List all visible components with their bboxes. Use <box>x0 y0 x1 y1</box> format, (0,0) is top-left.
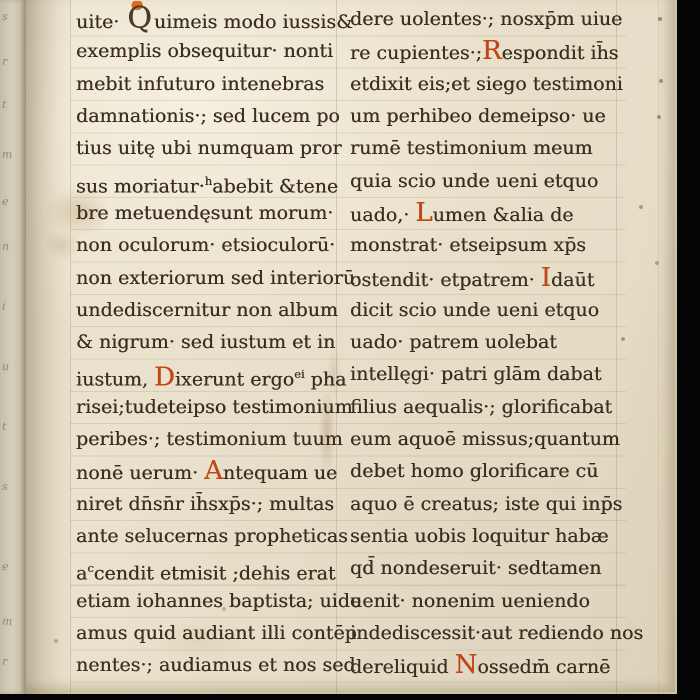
script-text: rumē testimonium meum <box>350 137 593 159</box>
text-line: re cupientes·;Respondit ih̄s <box>350 35 643 67</box>
script-text: eum aquoē missus;quantum <box>350 428 620 450</box>
script-text: non oculorum· etsioculorū· <box>76 234 335 256</box>
script-text: uado,· <box>350 204 415 226</box>
script-text: ostendit· etpatrem· <box>350 269 541 291</box>
script-text: & nigrum· sed iustum et in <box>76 331 335 353</box>
text-line: monstrat· etseipsum xp̄s <box>350 229 643 261</box>
text-line: quia scio unde ueni etquo <box>350 165 643 197</box>
text-line: sus moriatur·habebit &tene <box>76 165 361 197</box>
superscript-letter: ei <box>294 367 304 381</box>
text-line: uite· Quimeis modo iussis& <box>76 3 361 35</box>
text-line: risei;tudeteipso testimonium <box>76 391 361 423</box>
script-text: niret dn̄sn̄r ih̄sxp̄s·; multas <box>76 493 334 515</box>
text-line: dicit scio unde ueni etquo <box>350 294 643 326</box>
script-text: re cupientes·; <box>350 42 482 64</box>
adjacent-page-text-fragment: n <box>2 240 10 253</box>
script-text: filius aequalis·; glorificabat <box>350 396 612 418</box>
script-text: ante selucernas propheticas <box>76 525 348 547</box>
adjacent-page-text-fragment: s <box>2 10 8 23</box>
rubric-initial: A <box>204 456 223 486</box>
script-text: iustum, <box>76 369 154 391</box>
text-line: amus quid audiant illi contēp <box>76 617 361 649</box>
script-text: daūt <box>551 269 594 291</box>
script-text: qd̄ nondeseruit· sedtamen <box>350 557 601 579</box>
script-text: bre metuendęsunt morum· <box>76 202 333 224</box>
text-line: uado,· Lumen &alia de <box>350 197 643 229</box>
gutter-shadow <box>26 0 72 694</box>
manuscript-page: srtmeniutsemr uite· Quimeis modo iussis&… <box>0 0 677 694</box>
background-matte-bottom <box>0 694 700 700</box>
script-text: undediscernitur non album <box>76 299 338 321</box>
script-text: ixerunt ergo <box>175 369 294 391</box>
text-line: peribes·; testimonium tuum <box>76 423 361 455</box>
adjacent-page-text-fragment: e <box>2 195 9 208</box>
rubric-initial: D <box>154 363 175 393</box>
text-line: mebit infuturo intenebras <box>76 68 361 100</box>
script-text: intellęgi· patri glām dabat <box>350 363 601 385</box>
script-text: uenit· nonenim ueniendo <box>350 590 590 612</box>
rubric-initial: L <box>415 198 432 228</box>
script-text: exemplis obsequitur· nonti <box>76 40 333 62</box>
script-text: damnationis·; sed lucem po <box>76 105 340 127</box>
vertical-ruling-line <box>658 0 659 694</box>
script-text: non exteriorum sed interiorū· <box>76 267 361 289</box>
text-line: tius uitę ubi numquam pror <box>76 132 361 164</box>
script-text: dereliquid <box>350 656 455 678</box>
text-line: ante selucernas propheticas <box>76 520 361 552</box>
text-line: nentes·; audiamus et nos sed <box>76 649 361 681</box>
text-line: eum aquoē missus;quantum <box>350 423 643 455</box>
script-text: indediscessit·aut rediendo nos <box>350 622 643 644</box>
text-line: aquo ē creatus; iste qui inp̄s <box>350 488 643 520</box>
script-text: uado· patrem uolebat <box>350 331 557 353</box>
adjacent-page-edge: srtmeniutsemr <box>0 0 26 694</box>
script-text: ossedm̄ carnē <box>477 656 610 678</box>
script-text: espondit ih̄s <box>502 42 619 64</box>
text-line: sentia uobis loquitur habæ <box>350 520 643 552</box>
rubric-initial: N <box>455 650 478 680</box>
script-text: peribes·; testimonium tuum <box>76 428 343 450</box>
script-text: ntequam ue <box>223 462 337 484</box>
script-text: dere uolentes·; nosxp̄m uiue <box>350 8 622 30</box>
text-line: dere uolentes·; nosxp̄m uiue <box>350 3 643 35</box>
script-text: abebit &tene <box>212 175 338 197</box>
script-text: cendit etmisit ;dehis erat <box>94 563 336 585</box>
text-line: uado· patrem uolebat <box>350 326 643 358</box>
text-line: nonē uerum· Antequam ue <box>76 455 361 487</box>
text-line: rumē testimonium meum <box>350 132 643 164</box>
script-text: etiam iohannes baptista; uide <box>76 590 361 612</box>
text-line: uenit· nonenim ueniendo <box>350 585 643 617</box>
script-text: etdixit eis;et siego testimoni <box>350 73 623 95</box>
adjacent-page-text-fragment: u <box>2 360 10 373</box>
text-line: iustum, Dixerunt ergoei pha <box>76 358 361 390</box>
text-column-left: uite· Quimeis modo iussis&exemplis obseq… <box>76 3 361 682</box>
script-text: umen &alia de <box>433 204 574 226</box>
background-matte-right <box>677 0 700 700</box>
script-text: sus moriatur· <box>76 175 205 197</box>
rubric-initial: R <box>482 36 502 66</box>
text-line: non exteriorum sed interiorū· <box>76 262 361 294</box>
script-text: a <box>76 563 87 585</box>
script-text: sentia uobis loquitur habæ <box>350 525 609 547</box>
adjacent-page-text-fragment: r <box>2 655 8 668</box>
text-line: qd̄ nondeseruit· sedtamen <box>350 552 643 584</box>
script-text: monstrat· etseipsum xp̄s <box>350 234 586 256</box>
script-text: debet homo glorificare cū <box>350 460 598 482</box>
text-line: debet homo glorificare cū <box>350 455 643 487</box>
text-line: filius aequalis·; glorificabat <box>350 391 643 423</box>
script-text: pha <box>305 369 347 391</box>
text-line: non oculorum· etsioculorū· <box>76 229 361 261</box>
rubric-initial: I <box>541 263 551 293</box>
adjacent-page-text-fragment: e <box>2 560 9 573</box>
script-text: uite· <box>76 11 125 33</box>
text-line: etiam iohannes baptista; uide <box>76 585 361 617</box>
text-line: um perhibeo demeipso· ue <box>350 100 643 132</box>
script-text: amus quid audiant illi contēp <box>76 622 357 644</box>
script-text: dicit scio unde ueni etquo <box>350 299 599 321</box>
text-column-right: dere uolentes·; nosxp̄m uiuere cupientes… <box>350 3 643 682</box>
text-line: niret dn̄sn̄r ih̄sxp̄s·; multas <box>76 488 361 520</box>
script-text: nonē uerum· <box>76 462 204 484</box>
script-text: uimeis modo iussis& <box>154 11 353 33</box>
script-text: mebit infuturo intenebras <box>76 73 324 95</box>
manuscript-photo: srtmeniutsemr uite· Quimeis modo iussis&… <box>0 0 700 700</box>
text-line: damnationis·; sed lucem po <box>76 100 361 132</box>
adjacent-page-text-fragment: r <box>2 55 8 68</box>
text-line: accendit etmisit ;dehis erat <box>76 552 361 584</box>
text-line: ostendit· etpatrem· Idaūt <box>350 262 643 294</box>
adjacent-page-text-fragment: m <box>2 615 13 628</box>
script-text: risei;tudeteipso testimonium <box>76 396 353 418</box>
script-text: nentes·; audiamus et nos sed <box>76 654 356 676</box>
script-text: tius uitę ubi numquam pror <box>76 137 342 159</box>
text-line: dereliquid Nossedm̄ carnē <box>350 649 643 681</box>
rubric-initial: Q <box>125 1 154 36</box>
text-line: intellęgi· patri glām dabat <box>350 358 643 390</box>
adjacent-page-text-fragment: t <box>2 420 7 433</box>
script-text: um perhibeo demeipso· ue <box>350 105 606 127</box>
text-line: bre metuendęsunt morum· <box>76 197 361 229</box>
text-line: undediscernitur non album <box>76 294 361 326</box>
text-line: & nigrum· sed iustum et in <box>76 326 361 358</box>
script-text: aquo ē creatus; iste qui inp̄s <box>350 493 622 515</box>
adjacent-page-text-fragment: s <box>2 480 8 493</box>
adjacent-page-text-fragment: m <box>2 148 13 161</box>
script-text: quia scio unde ueni etquo <box>350 170 598 192</box>
text-line: indediscessit·aut rediendo nos <box>350 617 643 649</box>
adjacent-page-text-fragment: i <box>2 300 6 313</box>
text-line: etdixit eis;et siego testimoni <box>350 68 643 100</box>
text-line: exemplis obsequitur· nonti <box>76 35 361 67</box>
adjacent-page-text-fragment: t <box>2 98 7 111</box>
